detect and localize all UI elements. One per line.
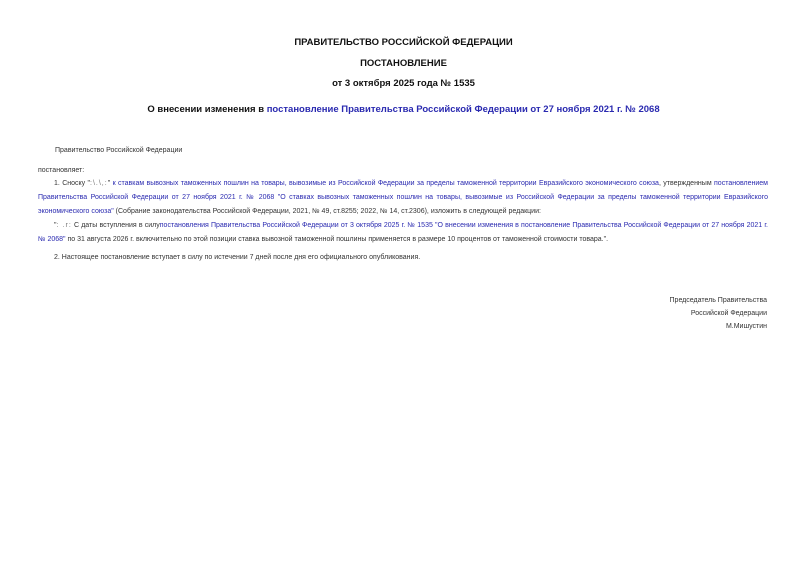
item-1-tail: (Собрание законодательства Российской Фе… [114, 208, 541, 215]
item-1-lead: 1. Сноску " [54, 180, 90, 187]
issuer-text: Правительство Российской Федерации [55, 144, 182, 158]
footnote-marker-quote: : .r: [57, 222, 72, 229]
title-prefix: О внесении изменения в [147, 104, 266, 115]
item-1-mid: , утвержденным [659, 180, 714, 187]
footnote-marker: :\.\,: [90, 180, 108, 187]
quote-text-2: по 31 августа 2026 г. включительно по эт… [66, 236, 609, 243]
amended-act-link[interactable]: постановление Правительства Российской Ф… [267, 104, 660, 115]
item-2-paragraph: 2. Настоящее постановление вступает в си… [54, 251, 420, 265]
signature-position: Председатель Правительства [670, 294, 767, 307]
new-footnote-paragraph: ": .r: С даты вступления в силупостановл… [38, 219, 768, 247]
signature-block: Председатель Правительства Российской Фе… [670, 294, 767, 333]
document-title: О внесении изменения в постановление Пра… [0, 104, 807, 115]
quote-text-1: С даты вступления в силу [72, 222, 160, 229]
resolves-text: постановляет: [38, 164, 84, 178]
document-date-number: от 3 октября 2025 года № 1535 [0, 78, 807, 89]
item-1-paragraph: 1. Сноску ":\.\,:" к ставкам вывозных та… [38, 177, 768, 219]
government-heading: ПРАВИТЕЛЬСТВО РОССИЙСКОЙ ФЕДЕРАЦИИ [0, 37, 807, 48]
signature-name: М.Мишустин [670, 320, 767, 333]
document-type: ПОСТАНОВЛЕНИЕ [0, 58, 807, 69]
signature-organization: Российской Федерации [670, 307, 767, 320]
rates-link[interactable]: к ставкам вывозных таможенных пошлин на … [113, 180, 659, 187]
